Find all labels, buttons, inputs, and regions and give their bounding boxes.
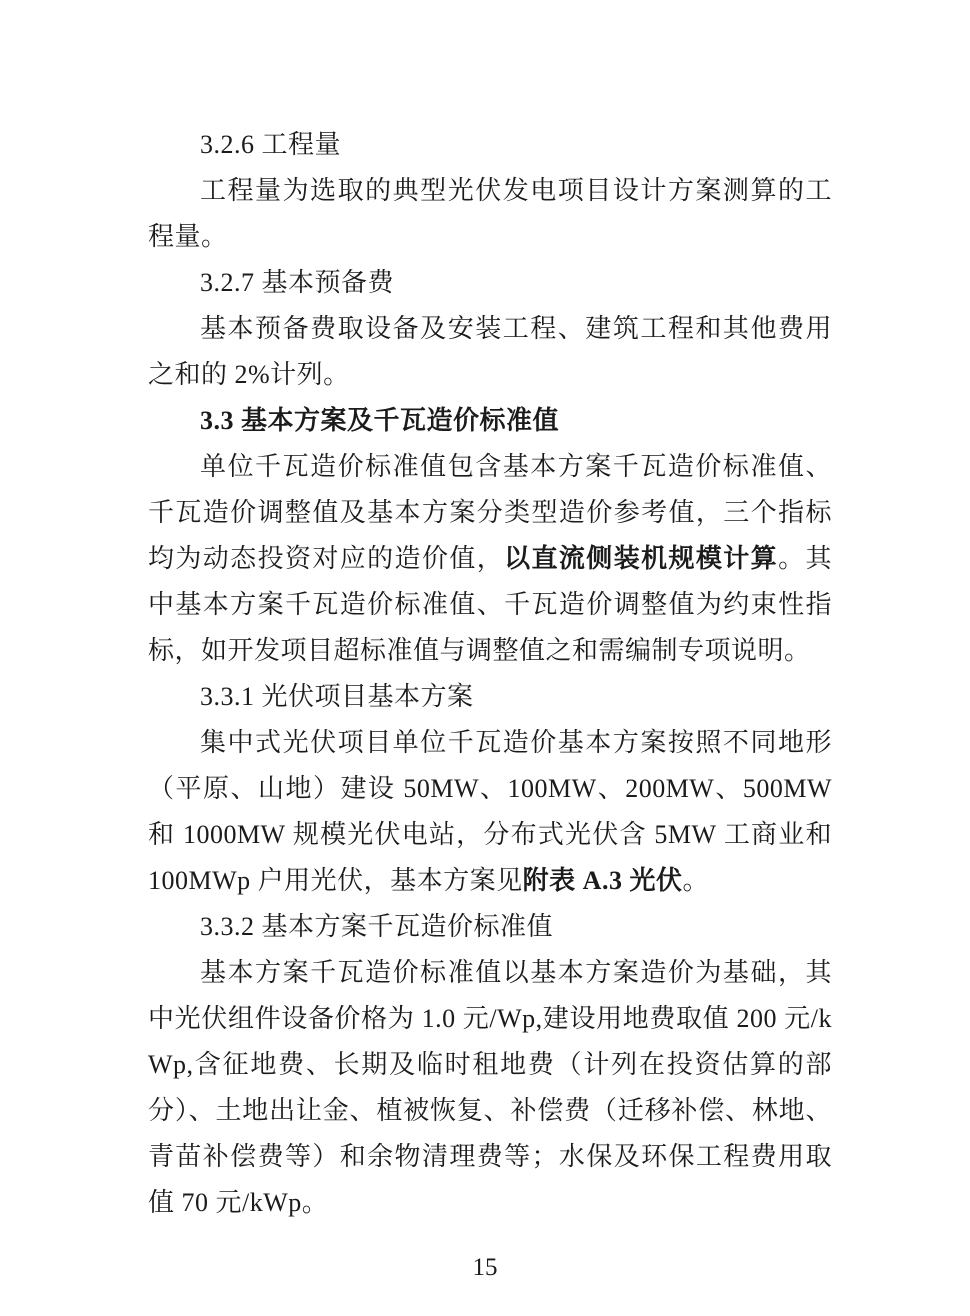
heading-3-2-6: 3.2.6 工程量 — [148, 122, 832, 168]
text-segment: 3.3.1 光伏项目基本方案 — [200, 682, 474, 711]
text-segment: 工程量为选取的典型光伏发电项目设计方案测算的工程量。 — [148, 176, 832, 251]
document-page: 3.2.6 工程量工程量为选取的典型光伏发电项目设计方案测算的工程量。3.2.7… — [0, 0, 970, 1316]
paragraph-pv-basic-scheme: 集中式光伏项目单位千瓦造价基本方案按照不同地形（平原、山地）建设 50MW、10… — [148, 720, 832, 904]
bold-text-segment: 3.3 基本方案及千瓦造价标准值 — [200, 406, 559, 435]
paragraph-basic-reserve-fee: 基本预备费取设备及安装工程、建筑工程和其他费用之和的 2%计列。 — [148, 306, 832, 398]
heading-3-3-1: 3.3.1 光伏项目基本方案 — [148, 674, 832, 720]
bold-text-segment: 附表 A.3 光伏 — [523, 866, 683, 895]
text-segment: 3.2.7 基本预备费 — [200, 268, 394, 297]
text-segment: 基本预备费取设备及安装工程、建筑工程和其他费用之和的 2%计列。 — [148, 314, 832, 389]
document-body: 3.2.6 工程量工程量为选取的典型光伏发电项目设计方案测算的工程量。3.2.7… — [148, 122, 832, 1226]
text-segment: 。 — [682, 866, 709, 895]
heading-3-2-7: 3.2.7 基本预备费 — [148, 260, 832, 306]
text-segment: 集中式光伏项目单位千瓦造价基本方案按照不同地形（平原、山地）建设 50MW、10… — [148, 728, 832, 895]
paragraph-engineering-quantity: 工程量为选取的典型光伏发电项目设计方案测算的工程量。 — [148, 168, 832, 260]
heading-3-3: 3.3 基本方案及千瓦造价标准值 — [148, 398, 832, 444]
heading-3-3-2: 3.3.2 基本方案千瓦造价标准值 — [148, 904, 832, 950]
text-segment: 3.3.2 基本方案千瓦造价标准值 — [200, 912, 553, 941]
bold-text-segment: 以直流侧装机规模计算 — [504, 544, 778, 573]
text-segment: 3.2.6 工程量 — [200, 130, 341, 159]
paragraph-kw-cost-basis: 基本方案千瓦造价标准值以基本方案造价为基础，其中光伏组件设备价格为 1.0 元/… — [148, 950, 832, 1226]
page-number: 15 — [0, 1248, 970, 1288]
text-segment: 基本方案千瓦造价标准值以基本方案造价为基础，其中光伏组件设备价格为 1.0 元/… — [148, 958, 832, 1217]
paragraph-unit-kw-cost-standard: 单位千瓦造价标准值包含基本方案千瓦造价标准值、千瓦造价调整值及基本方案分类型造价… — [148, 444, 832, 674]
